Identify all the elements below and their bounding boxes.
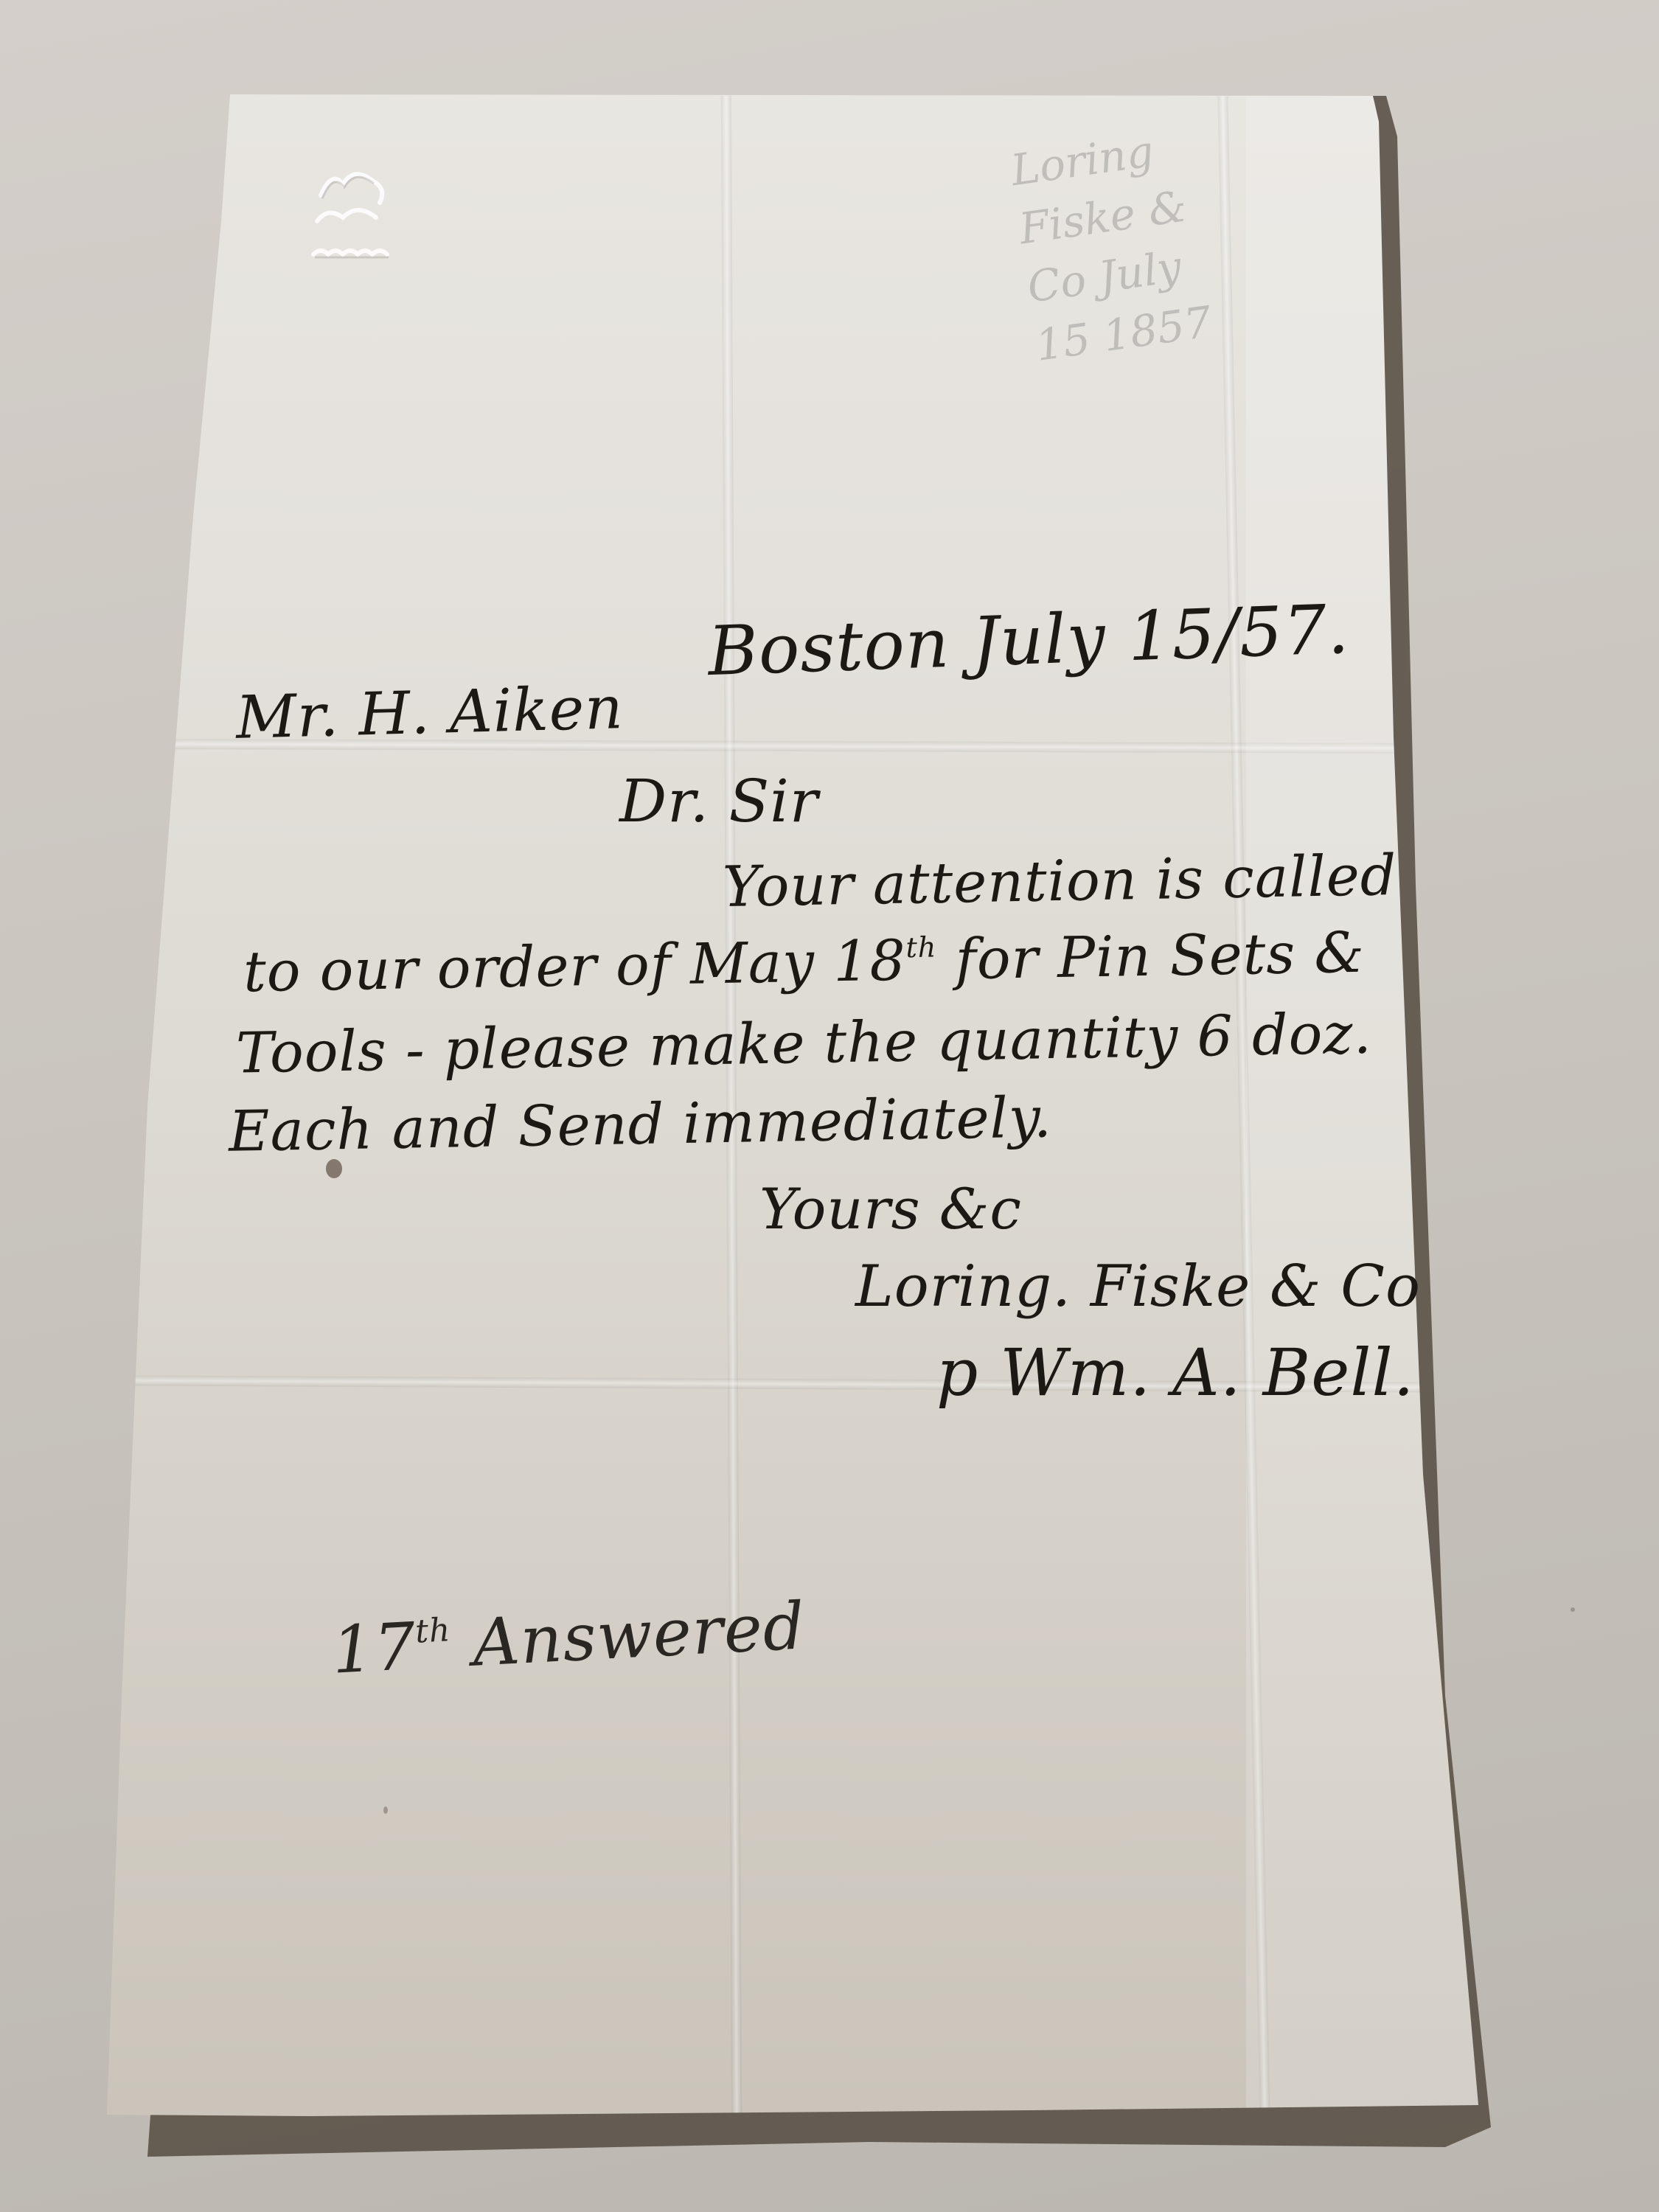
body-line-2-rest: for Pin Sets & [955,919,1366,992]
company-signature: Loring. Fiske & Co [855,1253,1421,1320]
signer-signature: p Wm. A. Bell. [936,1335,1415,1411]
addressee-line: Mr. H. Aiken [235,673,625,752]
embossed-crest-icon [291,151,406,265]
body-line-2-text: to our order of May 18 [243,928,906,1005]
ink-spot [1571,1607,1575,1612]
body-line-1: Your attention is called [722,842,1397,919]
salutation-line: Dr. Sir [619,767,818,835]
ink-spot [326,1159,342,1178]
closing-line: Yours &c [759,1176,1022,1242]
faint-docket-text: Loring Fiske & Co July 15 1857 [1007,111,1249,302]
annotation-day: 17 [330,1608,418,1688]
ink-spot [383,1806,388,1814]
right-fold-panel [1246,96,1482,2116]
annotation-day-sup: th [414,1611,452,1650]
body-line-2-sup: th [905,931,937,964]
